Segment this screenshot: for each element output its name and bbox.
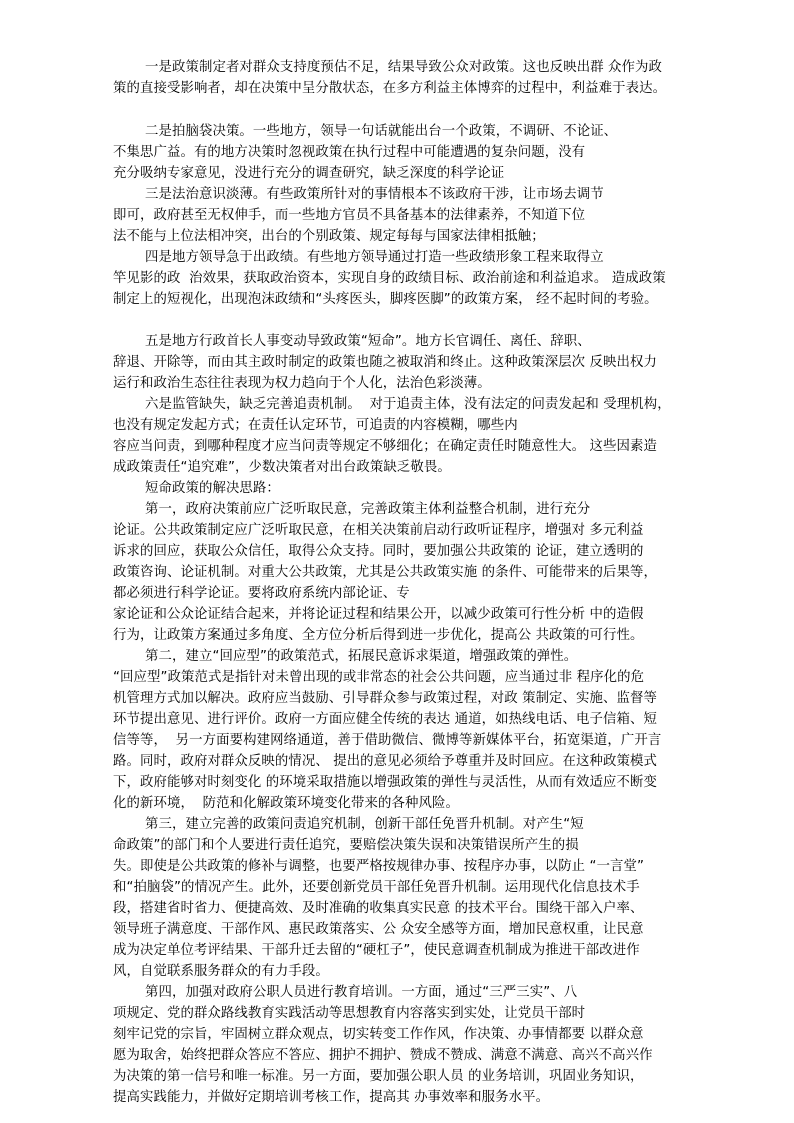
document-page: 一是政策制定者对群众支持度预估不足，结果导致公众对政策。这也反映出群 众作为政策…: [0, 0, 794, 1123]
paragraph-first-line: 六是监管缺失，缺乏完善追责机制。 对于追责主体，没有法定的问责发起和 受理机构，: [145, 394, 671, 415]
paragraph-line: 成政策责任“追究难”，少数决策者对出台政策缺乏敬畏。: [113, 457, 451, 478]
paragraph-line: 政策咨询、论证机制。对重大公共政策，尤其是公共政策实施 的条件、可能带来的后果等…: [113, 562, 657, 583]
paragraph-line: 提高实践能力，并做好定期培训考核工作，提高其 办事效率和服务水平。: [113, 1087, 549, 1108]
paragraph-first-line: 第三，建立完善的政策问责追究机制，创新干部任免晋升机制。对产生“短: [145, 814, 584, 835]
paragraph-line: 和“拍脑袋”的情况产生。此外，还要创新党员干部任免晋升机制。运用现代化信息技术手: [113, 877, 640, 898]
paragraph-line: 为决策的第一信号和唯一标准。另一方面，要加强公职人员 的业务培训，巩固业务知识，: [113, 1066, 644, 1087]
paragraph-line: 项规定、党的群众路线教育实践活动等思想教育内容落实到实处，让党员干部时: [113, 1003, 585, 1024]
paragraph-first-line: 第二，建立“回应型”的政策范式，拓展民意诉求渠道，增强政策的弹性。: [145, 646, 577, 667]
paragraph-line: 信等等， 另一方面要构建网络通道，善于借助微信、微博等新媒体平台，拓宽渠道，广开…: [113, 730, 661, 751]
paragraph-line: 命政策”的部门和个人要进行责任追究，要赔偿决策失误和决策错误所产生的损: [113, 835, 579, 856]
paragraph-first-line: 第四，加强对政府公职人员进行教育培训。一方面，通过“三严三实”、八: [145, 982, 577, 1003]
paragraph-line: 愿为取舍，始终把群众答应不答应、拥护不拥护、赞成不赞成、满意不满意、高兴不高兴作: [113, 1045, 653, 1066]
paragraph-line: 也没有规定发起方式；在责任认定环节，可追责的内容模糊，哪些内: [113, 415, 518, 436]
paragraph-line: 机管理方式加以解决。政府应当鼓励、引导群众参与政策过程，对政 策制定、实施、监督…: [113, 688, 657, 709]
paragraph-line: 领导班子满意度、干部作风、惠民政策落实、公 众安全感等方面，增加民意权重，让民意: [113, 919, 644, 940]
paragraph-line: “回应型”政策范式是指针对未曾出现的或非常态的社会公共问题，应当通过非 程序化的…: [113, 667, 644, 688]
paragraph-line: 行为，让政策方案通过多角度、全方位分析后得到进一步优化，提高公 共政策的可行性。: [113, 625, 644, 646]
paragraph-first-line: 五是地方行政首长人事变动导致政策“短命”。地方长官调任、离任、辞职、: [145, 331, 591, 352]
paragraph-line: 论证。公共政策制定应广泛听取民意，在相关决策前启动行政听证程序，增强对 多元利益: [113, 520, 644, 541]
paragraph-line: 成为决定单位考评结果、干部升迁去留的“硬杠子”，使民意调查机制成为推进干部改进作: [113, 940, 640, 961]
paragraph-line: 容应当问责，到哪种程度才应当问责等规定不够细化；在确定责任时随意性大。 这些因素…: [113, 436, 657, 457]
paragraph-line: 化的新环境， 防范和化解政策环境变化带来的各种风险。: [113, 793, 459, 814]
paragraph-line: 失。即使是公共政策的修补与调整，也要严格按规律办事、按程序办事，以防止 “一言堂…: [113, 856, 644, 877]
paragraph-line: 下，政府能够对时刻变化 的环境采取措施以增强政策的弹性与灵活性，从而有效适应不断…: [113, 772, 657, 793]
paragraph-first-line: 三是法治意识淡薄。有些政策所针对的事情根本不该政府干涉，让市场去调节: [145, 184, 604, 205]
paragraph-line: 都必须进行科学论证。要将政府系统内部论证、专: [113, 583, 410, 604]
paragraph-first-line: 二是拍脑袋决策。一些地方，领导一句话就能出台一个政策，不调研、不论证、: [145, 121, 617, 142]
paragraph-line: 运行和政治生态往往表现为权力趋向于个人化，法治色彩淡薄。: [113, 373, 491, 394]
paragraph-first-line: 短命政策的解决思路：: [145, 478, 280, 499]
paragraph-line: 即可，政府甚至无权伸手，而一些地方官员不具备基本的法律素养，不知道下位: [113, 205, 585, 226]
paragraph-line: 诉求的回应，获取公众信任，取得公众支持。同时，要加强公共政策的 论证，建立透明的: [113, 541, 644, 562]
paragraph-line: 路。同时，政府对群众反映的情况、 提出的意见必须给予尊重并及时回应。在这种政策模…: [113, 751, 657, 772]
paragraph-line: 制定上的短视化，出现泡沫政绩和“头疼医头，脚疼医脚”的政策方案， 经不起时间的考…: [113, 289, 658, 310]
paragraph-first-line: 四是地方领导急于出政绩。有些地方领导通过打造一些政绩形象工程来取得立: [145, 247, 604, 268]
paragraph-line: 刻牢记党的宗旨，牢固树立群众观点，切实转变工作作风，作决策、办事情都要 以群众意: [113, 1024, 644, 1045]
paragraph-line: 家论证和公众论证结合起来，并将论证过程和结果公开，以减少政策可行性分析 中的造假: [113, 604, 644, 625]
paragraph-line: 不集思广益。有的地方决策时忽视政策在执行过程中可能遭遇的复杂问题，没有: [113, 142, 585, 163]
paragraph-first-line: 第一，政府决策前应广泛听取民意，完善政策主体利益整合机制，进行充分: [145, 499, 590, 520]
paragraph-line: 风，自觉联系服务群众的有力手段。: [113, 961, 329, 982]
paragraph-line: 竿见影的政 治效果，获取政治资本，实现自身的政绩目标、政治前途和利益追求。 造成…: [113, 268, 666, 289]
paragraph-line: 策的直接受影响者，却在决策中呈分散状态，在多方利益主体博弈的过程中，利益难于表达…: [113, 78, 666, 99]
paragraph-line: 环节提出意见、进行评价。政府一方面应健全传统的表达 通道，如热线电话、电子信箱、…: [113, 709, 657, 730]
paragraph-line: 段，搭建省时省力、便捷高效、及时准确的收集真实民意 的技术平台。围绕干部入户率、: [113, 898, 644, 919]
paragraph-first-line: 一是政策制定者对群众支持度预估不足，结果导致公众对政策。这也反映出群 众作为政: [145, 57, 662, 78]
paragraph-line: 辞退、开除等，而由其主政时制定的政策也随之被取消和终止。这种政策深层次 反映出权…: [113, 352, 657, 373]
paragraph-line: 法不能与上位法相冲突，出台的个别政策、规定每每与国家法律相抵触；: [113, 226, 545, 247]
paragraph-line: 充分吸纳专家意见，没进行充分的调查研究，缺乏深度的科学论证: [113, 163, 504, 184]
